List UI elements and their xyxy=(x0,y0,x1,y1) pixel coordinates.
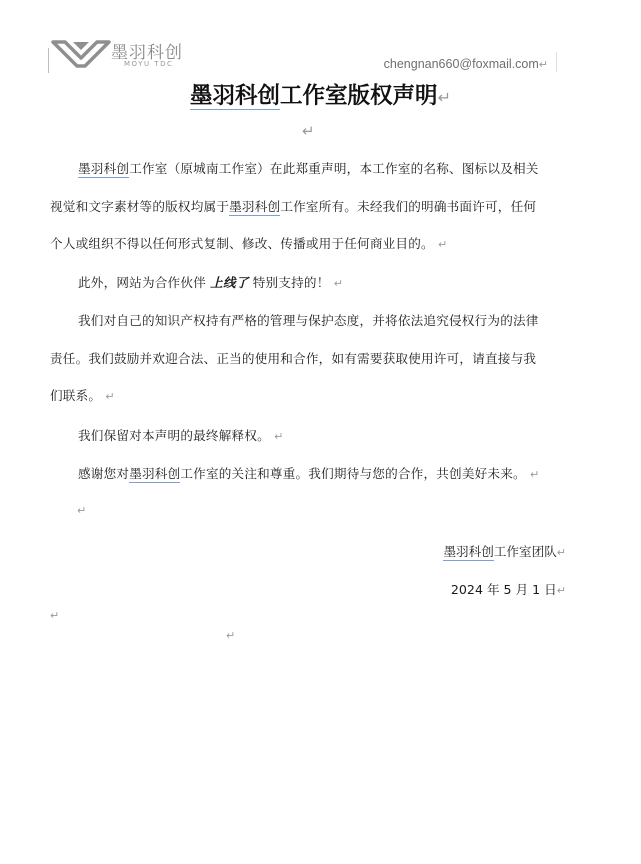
date-text: 2024 年 5 月 1 日 xyxy=(451,582,557,597)
signature-team: 墨羽科创工作室团队↵ xyxy=(443,541,566,560)
text-line: 视觉和文字素材等的版权均属于 xyxy=(50,199,229,214)
title-rest: 工作室版权声明 xyxy=(280,83,438,109)
page-corner-mark-left xyxy=(48,48,49,73)
paragraph-mark-icon: ↵ xyxy=(557,546,566,559)
text-line: 们联系。 xyxy=(50,388,101,403)
document-title: 墨羽科创工作室版权声明↵ xyxy=(0,78,641,110)
partner-name: 上线了 xyxy=(210,275,248,290)
paragraph-thanks: 感谢您对墨羽科创工作室的关注和尊重。我们期待与您的合作，共创美好未来。 ↵ xyxy=(50,455,558,494)
text-line: 个人或组织不得以任何形式复制、修改、传播或用于任何商业目的。 xyxy=(50,236,434,251)
paragraph-mark-icon: ↵ xyxy=(226,629,235,642)
text-line: 我们对自己的知识产权持有严格的管理与保护态度，并将依法追究侵权行为的法律 xyxy=(50,302,558,340)
text-line: 特别支持的！ xyxy=(249,275,330,290)
brand-name: 墨羽科创 xyxy=(129,466,180,483)
page-corner-mark-right xyxy=(556,52,557,72)
signature-date: 2024 年 5 月 1 日↵ xyxy=(451,579,566,598)
paragraph-partner: 此外，网站为合作伙伴 上线了 特别支持的！ ↵ xyxy=(50,264,558,303)
text-line: 感谢您对 xyxy=(78,466,129,481)
text-line: 工作室（原城南工作室）在此郑重声明，本工作室的名称、图标以及相关 xyxy=(129,161,538,176)
text-line: 工作室所有。未经我们的明确书面许可，任何 xyxy=(280,199,536,214)
paragraph-ip-protection: 我们对自己的知识产权持有严格的管理与保护态度，并将依法追究侵权行为的法律 责任。… xyxy=(50,302,558,416)
paragraph-mark-icon: ↵ xyxy=(50,609,59,622)
paragraph-interpretation: 我们保留对本声明的最终解释权。 ↵ xyxy=(50,417,558,456)
brand-name: 墨羽科创 xyxy=(78,161,129,178)
paragraph-mark-icon: ↵ xyxy=(77,504,86,517)
brand-name: 墨羽科创 xyxy=(229,199,280,216)
title-brand: 墨羽科创 xyxy=(190,83,280,110)
paragraph-mark-icon: ↵ xyxy=(105,390,114,403)
paragraph-mark-icon: ↵ xyxy=(334,277,343,290)
text-line: 责任。我们鼓励并欢迎合法、正当的使用和合作，如有需要获取使用许可，请直接与我 xyxy=(50,340,558,378)
text-line: 工作室的关注和尊重。我们期待与您的合作，共创美好未来。 xyxy=(180,466,525,481)
team-label: 工作室团队 xyxy=(494,544,557,559)
paragraph-mark-icon: ↵ xyxy=(557,584,566,597)
paragraph-copyright-ownership: 墨羽科创工作室（原城南工作室）在此郑重声明，本工作室的名称、图标以及相关 视觉和… xyxy=(50,150,558,264)
header-email[interactable]: chengnan660@foxmail.com↵ xyxy=(384,57,548,71)
brand-name: 墨羽科创 xyxy=(443,544,493,561)
text-line: 此外，网站为合作伙伴 xyxy=(78,275,210,290)
paragraph-mark-icon: ↵ xyxy=(438,238,447,251)
text-line: 我们保留对本声明的最终解释权。 xyxy=(78,428,270,443)
paragraph-mark-icon: ↵ xyxy=(274,430,283,443)
paragraph-mark-icon: ↵ xyxy=(530,468,539,481)
logo-subtext: MOYU TDC xyxy=(124,60,173,68)
email-text: chengnan660@foxmail.com xyxy=(384,57,539,71)
paragraph-mark-icon: ↵ xyxy=(302,122,315,140)
paragraph-mark-icon: ↵ xyxy=(539,58,548,71)
paragraph-mark-icon: ↵ xyxy=(438,88,451,107)
